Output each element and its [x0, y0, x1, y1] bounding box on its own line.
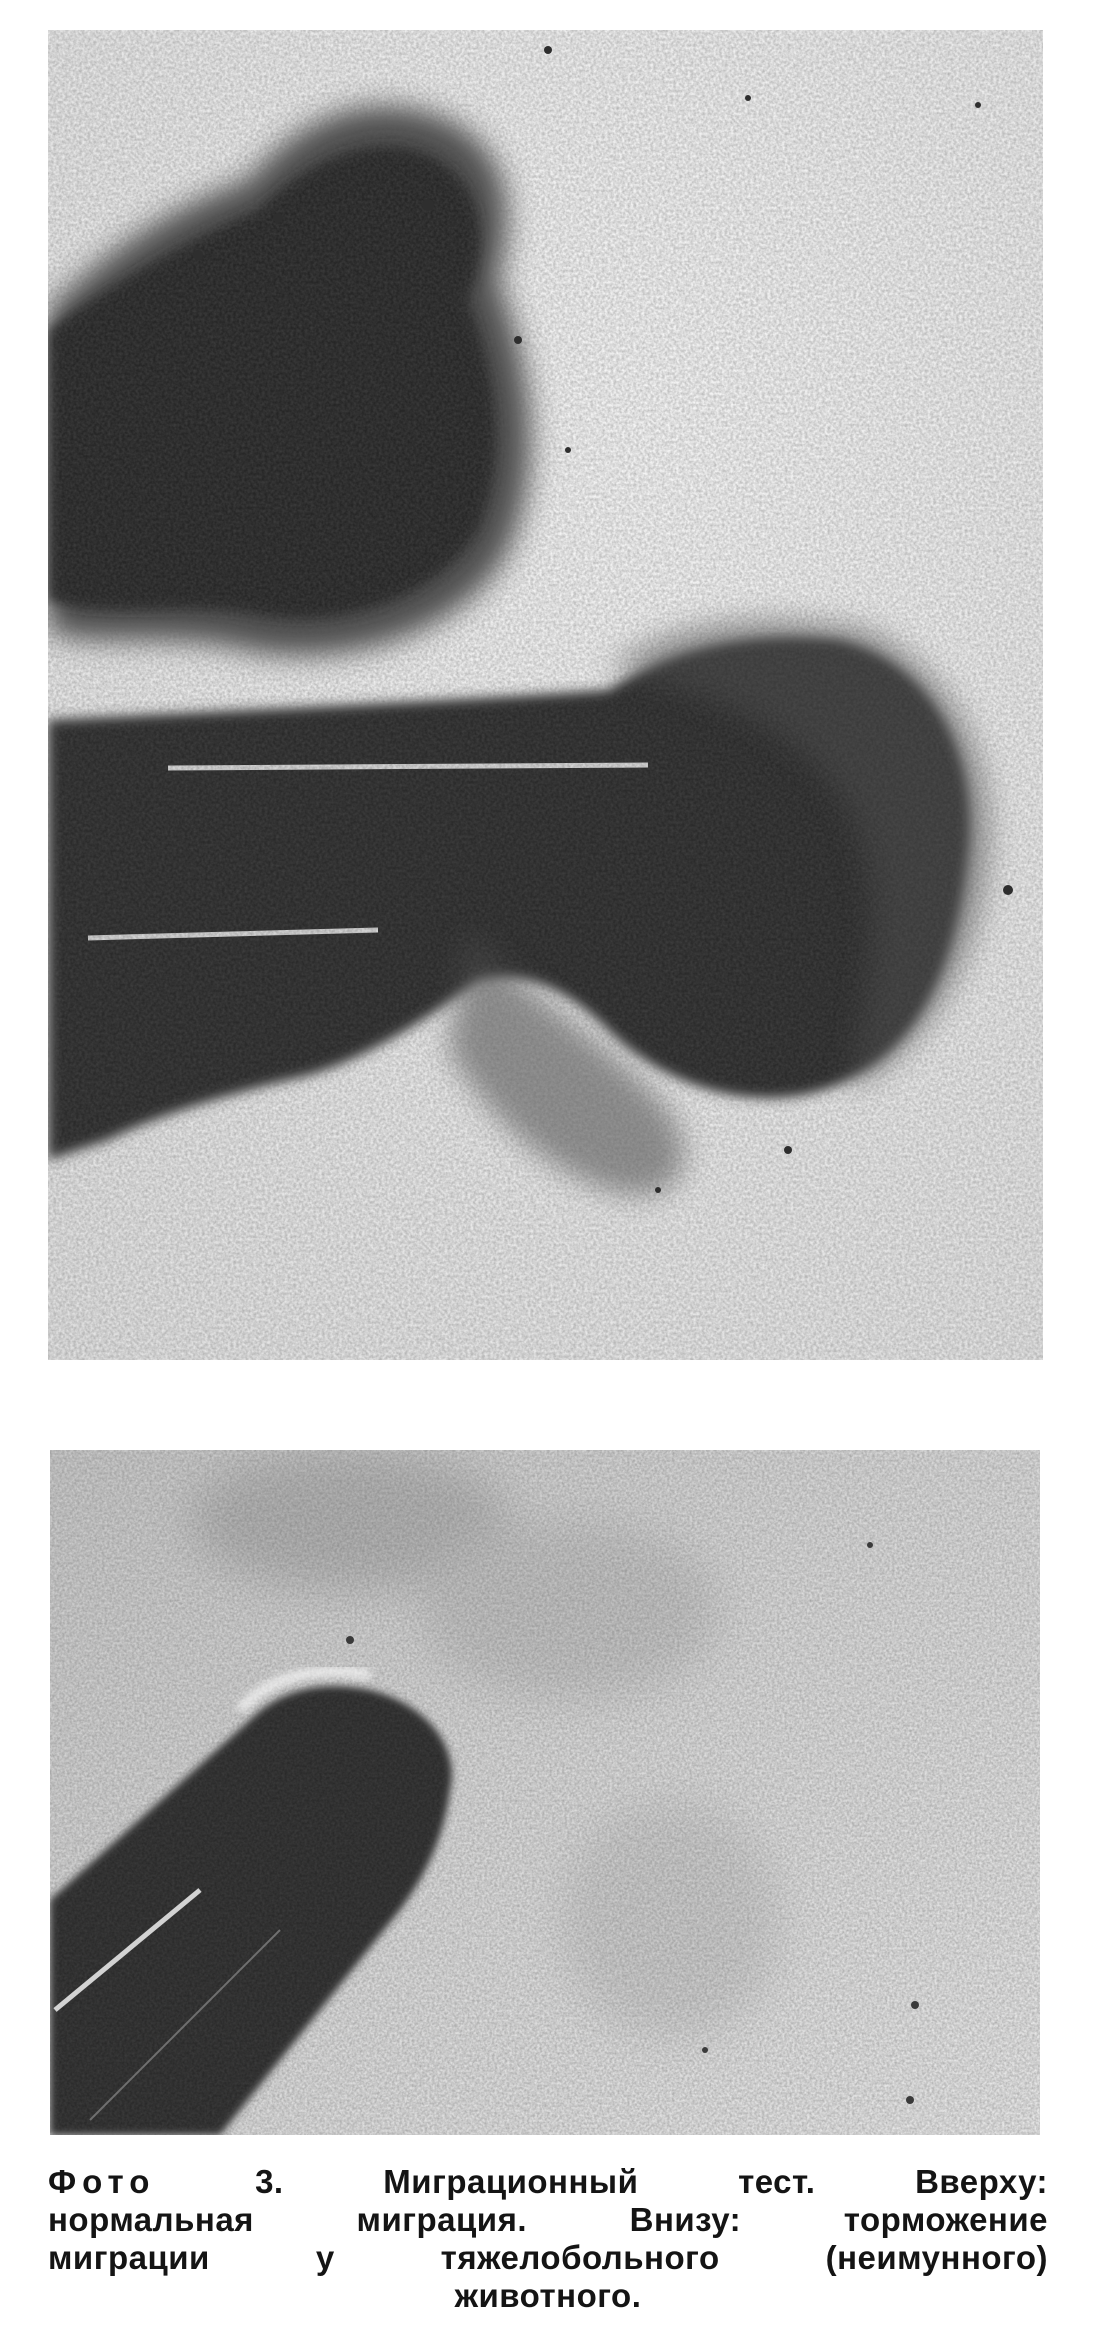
photo-normal-migration: [48, 30, 1043, 1360]
caption-photo-word: Фото: [48, 2163, 155, 2200]
caption-line-1: Фото 3. Миграционный тест. Вверху:: [48, 2163, 1048, 2201]
caption-text-1: Миграционный тест. Вверху:: [383, 2163, 1048, 2200]
caption-line-3: миграции у тяжелобольного (неимунного): [48, 2239, 1048, 2277]
caption-photo-number: 3.: [255, 2163, 284, 2200]
caption-line-2: нормальная миграция. Внизу: торможение: [48, 2201, 1048, 2239]
micrograph-bottom: [50, 1450, 1040, 2135]
photo-inhibited-migration: [50, 1450, 1040, 2135]
figure-caption: Фото 3. Миграционный тест. Вверху: норма…: [48, 2163, 1048, 2315]
micrograph-top: [48, 30, 1043, 1360]
caption-line-4: животного.: [48, 2277, 1048, 2315]
